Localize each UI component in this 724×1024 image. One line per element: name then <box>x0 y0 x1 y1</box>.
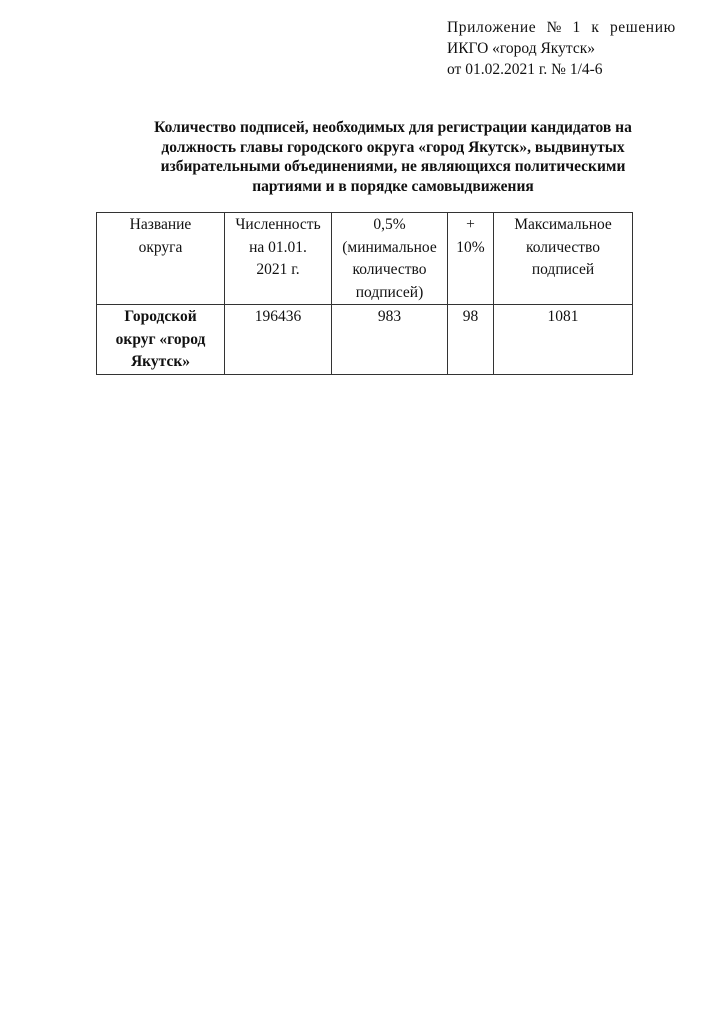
annex-line-3: от 01.02.2021 г. № 1/4-6 <box>447 59 676 80</box>
cell-max-signatures: 1081 <box>494 305 633 375</box>
header-text: + <box>450 214 491 237</box>
header-text: Численность <box>227 214 329 237</box>
header-max-signatures: Максимальное количество подписей <box>494 213 633 305</box>
cell-plus-10: 98 <box>448 305 494 375</box>
title-line: избирательными объединениями, не являющи… <box>108 157 678 177</box>
document-title: Количество подписей, необходимых для рег… <box>108 118 678 196</box>
table-header-row: Название округа Численность на 01.01. 20… <box>97 213 633 305</box>
header-plus-10: + 10% <box>448 213 494 305</box>
cell-min-signatures: 983 <box>332 305 448 375</box>
table-row: Городской округ «город Якутск» 196436 98… <box>97 305 633 375</box>
header-text: количество <box>496 237 630 260</box>
header-text: 10% <box>450 237 491 260</box>
header-text: количество <box>334 259 445 282</box>
cell-text: округ «город <box>99 329 222 352</box>
header-text: 0,5% <box>334 214 445 237</box>
header-text: Название <box>99 214 222 237</box>
annex-line-1: Приложение № 1 к решению <box>447 17 676 38</box>
cell-district: Городской округ «город Якутск» <box>97 305 225 375</box>
header-text: округа <box>99 237 222 260</box>
annex-reference: Приложение № 1 к решению ИКГО «город Яку… <box>447 17 676 80</box>
header-district-name: Название округа <box>97 213 225 305</box>
header-text: на 01.01. <box>227 237 329 260</box>
header-text: подписей <box>496 259 630 282</box>
cell-population: 196436 <box>225 305 332 375</box>
header-text: (минимальное <box>334 237 445 260</box>
header-text: 2021 г. <box>227 259 329 282</box>
header-population: Численность на 01.01. 2021 г. <box>225 213 332 305</box>
header-text: Максимальное <box>496 214 630 237</box>
cell-text: Городской <box>99 306 222 329</box>
title-line: должность главы городского округа «город… <box>108 138 678 158</box>
header-text: подписей) <box>334 282 445 305</box>
header-min-signatures: 0,5% (минимальное количество подписей) <box>332 213 448 305</box>
title-line: Количество подписей, необходимых для рег… <box>108 118 678 138</box>
annex-line-2: ИКГО «город Якутск» <box>447 38 676 59</box>
cell-text: Якутск» <box>99 351 222 374</box>
title-line: партиями и в порядке самовыдвижения <box>108 177 678 197</box>
signatures-table: Название округа Численность на 01.01. 20… <box>96 212 633 375</box>
